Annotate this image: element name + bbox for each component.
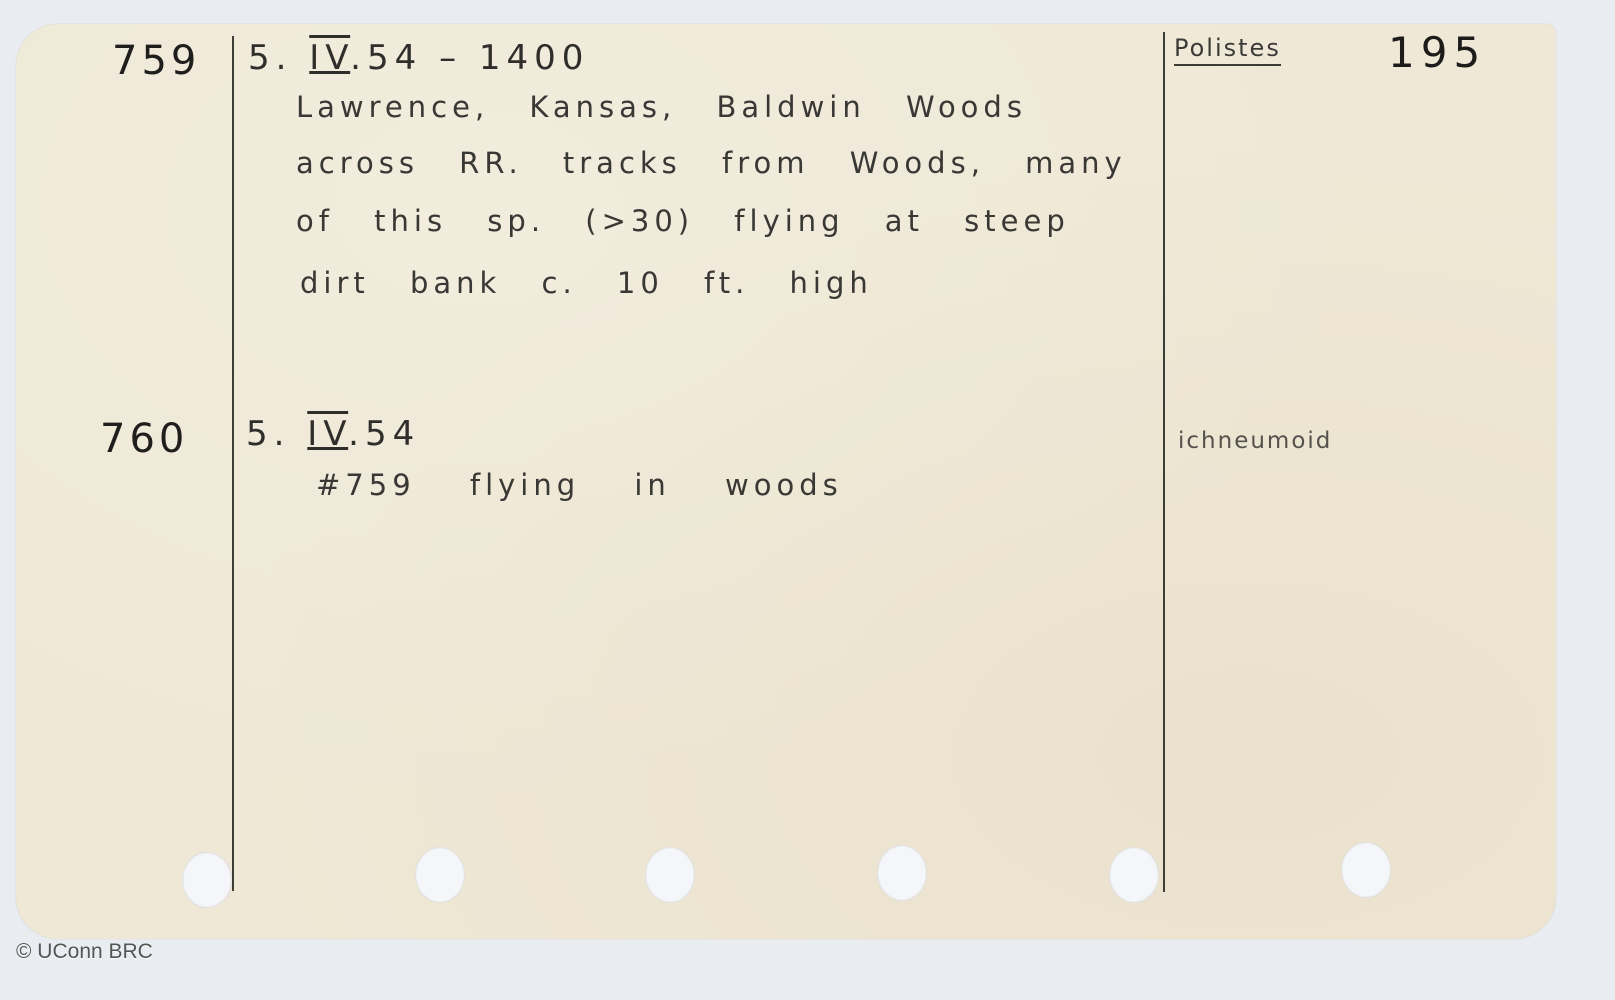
punch-hole bbox=[645, 847, 695, 903]
entry-number: 760 bbox=[100, 416, 188, 462]
right-margin-rule bbox=[1163, 32, 1165, 892]
card-page-number: 195 bbox=[1388, 28, 1486, 77]
punch-hole bbox=[1109, 847, 1159, 903]
punch-hole bbox=[182, 852, 232, 908]
entry-date: 5. IV.54 bbox=[246, 414, 420, 454]
entry-note-line: across RR. tracks from Woods, many bbox=[296, 146, 1127, 180]
date-year: .54 bbox=[348, 414, 420, 454]
entry-number: 759 bbox=[112, 38, 200, 84]
punch-hole bbox=[1341, 842, 1391, 898]
punch-hole bbox=[415, 847, 465, 903]
entry-note-line: Lawrence, Kansas, Baldwin Woods bbox=[296, 90, 1027, 124]
date-day: 5. bbox=[246, 414, 290, 454]
entry-date: 5. IV.54 – 1400 bbox=[248, 38, 589, 78]
entry-note-line: dirt bank c. 10 ft. high bbox=[300, 266, 873, 300]
punch-hole bbox=[877, 845, 927, 901]
entry-note-line: #759 flying in woods bbox=[316, 468, 843, 502]
left-margin-rule bbox=[232, 36, 234, 891]
date-month-roman: IV bbox=[307, 414, 348, 454]
specimen-catalog-card: 195 759 5. IV.54 – 1400 Lawrence, Kansas… bbox=[16, 24, 1556, 939]
entry-taxon: ichneumoid bbox=[1178, 428, 1332, 454]
date-day: 5. bbox=[248, 38, 292, 78]
date-month-roman: IV bbox=[309, 38, 350, 78]
entry-taxon: Polistes bbox=[1174, 34, 1281, 66]
date-year: .54 bbox=[350, 38, 422, 78]
entry-note-line: of this sp. (>30) flying at steep bbox=[296, 204, 1070, 238]
copyright-watermark: © UConn BRC bbox=[16, 940, 153, 964]
date-time: – 1400 bbox=[439, 38, 589, 78]
